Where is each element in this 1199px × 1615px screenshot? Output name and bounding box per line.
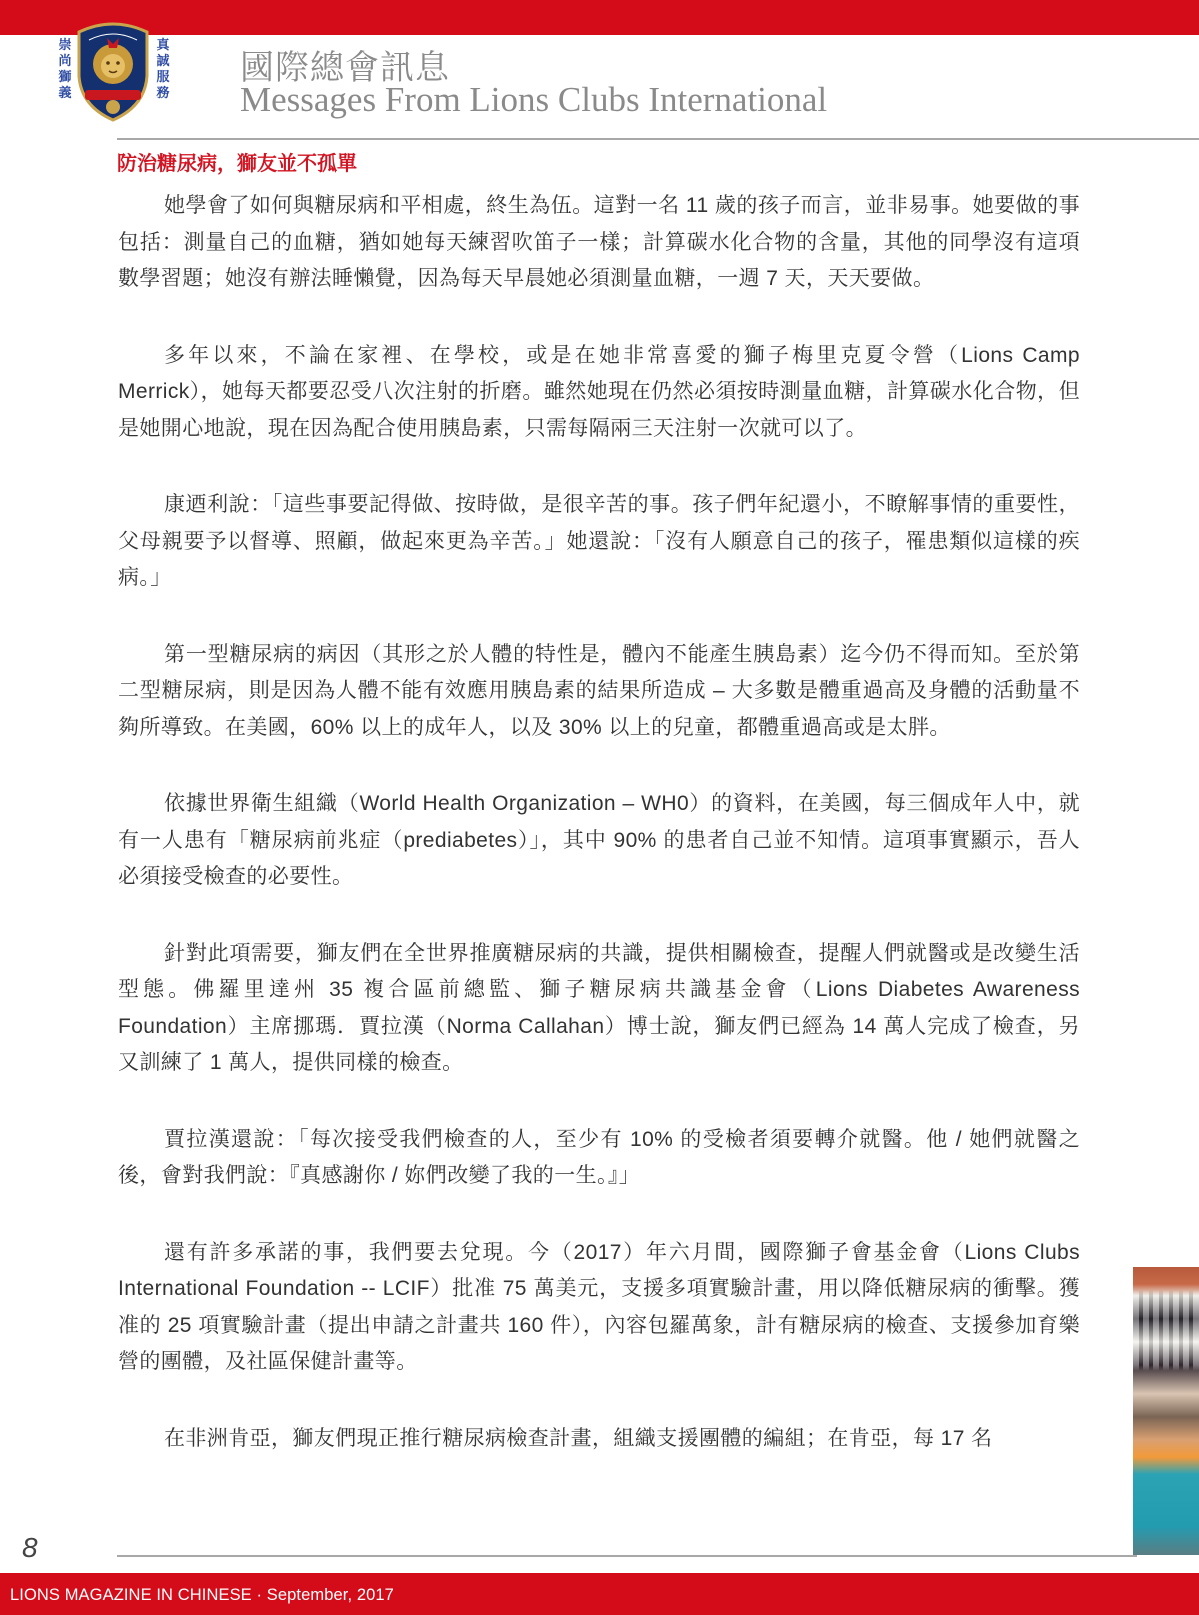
paragraph: 在非洲肯亞，獅友們現正推行糖尿病檢查計畫，組織支援團體的編組；在肯亞，每 17 …	[118, 1421, 1080, 1458]
top-red-bar	[0, 0, 1199, 35]
logo-right-motto: 真誠服務	[154, 38, 172, 102]
photo-detail	[1133, 1267, 1199, 1555]
paragraph: 賈拉漢還說：「每次接受我們檢查的人，至少有 10% 的受檢者須要轉介就醫。他 /…	[118, 1122, 1080, 1195]
paragraph: 依據世界衛生組織（World Health Organization – WH0…	[118, 786, 1080, 896]
article-body: 她學會了如何與糖尿病和平相處，終生為伍。這對一名 11 歲的孩子而言，並非易事。…	[118, 188, 1080, 1497]
footer-divider	[117, 1555, 1137, 1557]
lion-shield-icon	[75, 18, 151, 122]
logo-left-motto: 崇尚獅義	[56, 38, 74, 102]
paragraph: 她學會了如何與糖尿病和平相處，終生為伍。這對一名 11 歲的孩子而言，並非易事。…	[118, 188, 1080, 298]
lions-district-logo: 崇尚獅義 真誠服務	[50, 16, 178, 128]
paragraph: 多年以來，不論在家裡、在學校，或是在她非常喜愛的獅子梅里克夏令營（Lions C…	[118, 338, 1080, 448]
paragraph: 第一型糖尿病的病因（其形之於人體的特性是，體內不能產生胰島素）迄今仍不得而知。至…	[118, 637, 1080, 747]
paragraph: 還有許多承諾的事，我們要去兌現。今（2017）年六月間，國際獅子會基金會（Lio…	[118, 1235, 1080, 1381]
header-divider	[117, 138, 1199, 140]
section-title-english: Messages From Lions Clubs International	[240, 80, 827, 120]
page-number: 8	[22, 1532, 38, 1564]
publication-footer: LIONS MAGAZINE IN CHINESE · September, 2…	[10, 1586, 394, 1605]
article-title: 防治糖尿病，獅友並不孤單	[117, 147, 357, 176]
paragraph: 康迺利說：「這些事要記得做、按時做，是很辛苦的事。孩子們年紀還小，不瞭解事情的重…	[118, 487, 1080, 597]
paragraph: 針對此項需要，獅友們在全世界推廣糖尿病的共識，提供相關檢查，提醒人們就醫或是改變…	[118, 936, 1080, 1082]
camp-photo	[1133, 1267, 1199, 1555]
